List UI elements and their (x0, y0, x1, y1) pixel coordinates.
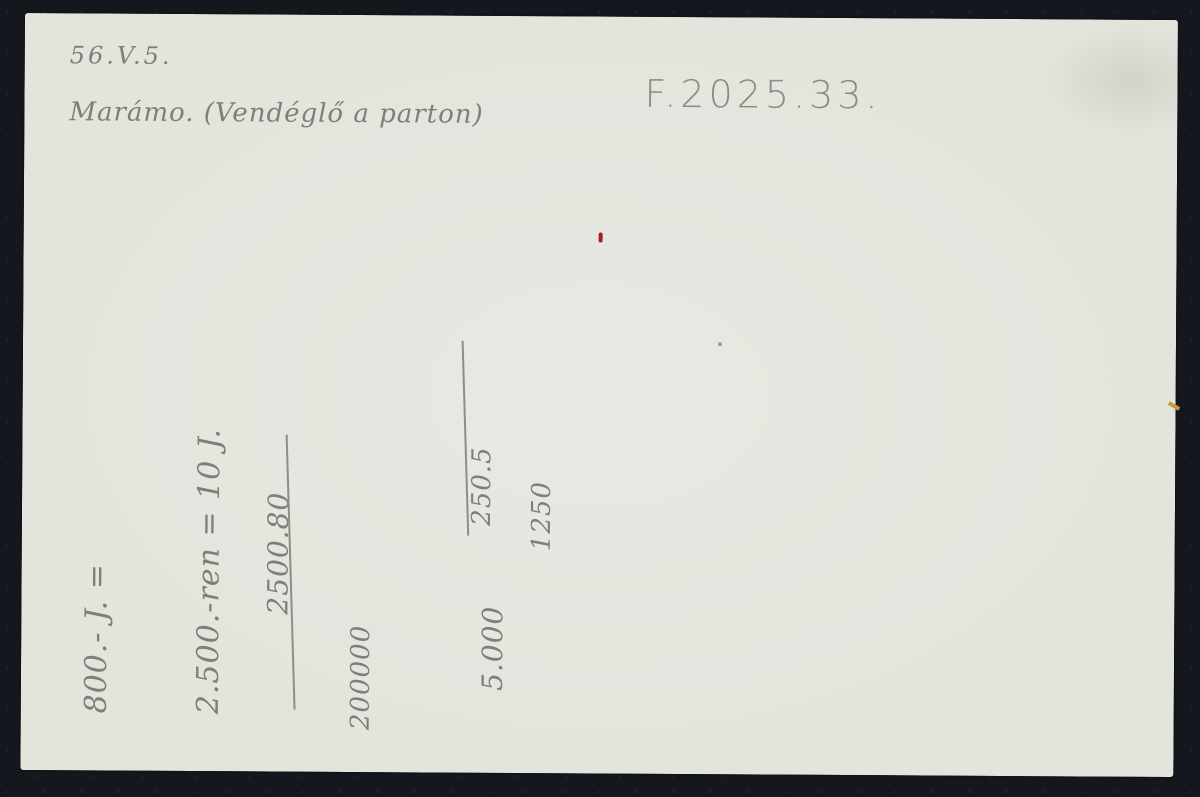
pencil-smudge (718, 342, 722, 346)
inventory-number: F.2025.33. (644, 72, 881, 117)
fraction-1-denominator: 200000 (346, 625, 377, 730)
calculation-line-3: 5.000 (476, 606, 510, 691)
photo-card-back: 56.V.5. Marámo. (Vendéglő a parton) F.20… (20, 13, 1178, 777)
caption-note: Marámo. (Vendéglő a parton) (69, 97, 484, 130)
fraction-2-divider (462, 341, 470, 536)
date-note: 56.V.5. (70, 41, 173, 70)
calculation-line-1: 800.- J. = (79, 563, 115, 714)
calculation-line-2: 2.500.-ren = 10 J. (191, 428, 228, 714)
red-ink-mark (599, 233, 603, 243)
fraction-2-denominator: 1250 (527, 481, 557, 551)
fraction-2-numerator: 250.5 (467, 446, 497, 526)
